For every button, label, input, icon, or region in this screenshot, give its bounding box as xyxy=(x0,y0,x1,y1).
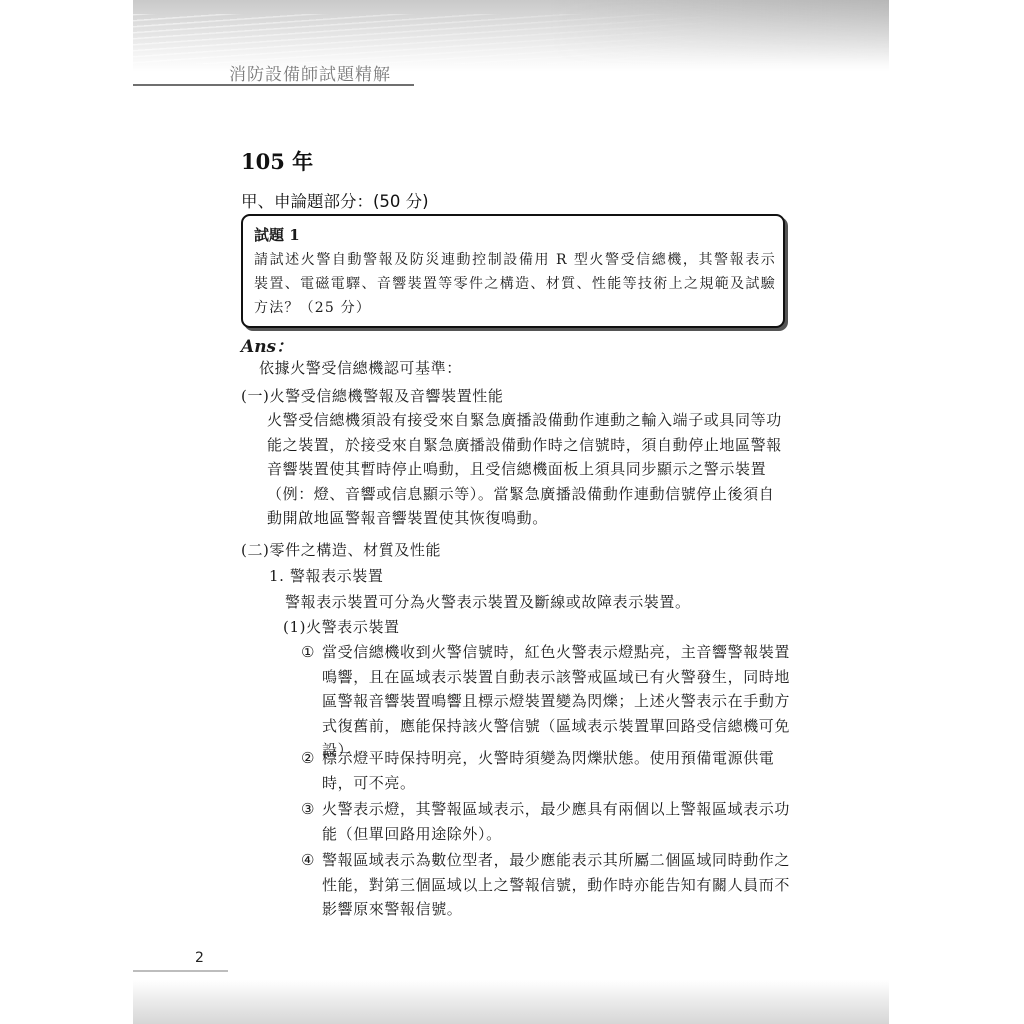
book-page: 消防設備師試題精解 105 年 甲、申論題部分：(50 分) 試題 1 請試述火… xyxy=(133,0,889,1024)
section-2-heading: (二)零件之構造、材質及性能 xyxy=(241,538,441,563)
list-item: ① 當受信總機收到火警信號時，紅色火警表示燈點亮，主音響警報裝置鳴響，且在區域表… xyxy=(301,640,801,763)
list-item: ④ 警報區域表示為數位型者，最少應能表示其所屬二個區域同時動作之性能，對第三個區… xyxy=(301,848,801,922)
footer-divider xyxy=(133,970,228,972)
question-text: 請試述火警自動警報及防災連動控制設備用 R 型火警受信總機，其警報表示裝置、電磁… xyxy=(254,248,776,320)
subsection-1-heading: 1. 警報表示裝置 xyxy=(269,564,383,589)
page-number: 2 xyxy=(195,950,204,966)
footer-decoration xyxy=(133,980,889,1024)
item-text: 標示燈平時保持明亮，火警時須變為閃爍狀態。使用預備電源供電時，可不亮。 xyxy=(301,746,801,795)
item-number: ④ xyxy=(301,848,315,873)
running-title: 消防設備師試題精解 xyxy=(229,60,391,85)
section-1-paragraph: 火警受信總機須設有接受來自緊急廣播設備動作連動之輸入端子或具同等功能之裝置，於接… xyxy=(267,408,787,531)
item-text: 當受信總機收到火警信號時，紅色火警表示燈點亮，主音響警報裝置鳴響，且在區域表示裝… xyxy=(301,640,801,763)
question-box: 試題 1 請試述火警自動警報及防災連動控制設備用 R 型火警受信總機，其警報表示… xyxy=(241,214,785,328)
item-text: 火警表示燈，其警報區域表示，最少應具有兩個以上警報區域表示功能（但單回路用途除外… xyxy=(301,797,801,846)
list-item: ③ 火警表示燈，其警報區域表示，最少應具有兩個以上警報區域表示功能（但單回路用途… xyxy=(301,797,801,846)
item-1-heading: (1)火警表示裝置 xyxy=(283,615,400,640)
section-heading: 甲、申論題部分：(50 分) xyxy=(241,188,429,212)
question-label: 試題 1 xyxy=(254,224,300,245)
item-number: ② xyxy=(301,746,315,771)
year-heading: 105 年 xyxy=(241,146,313,176)
item-text: 警報區域表示為數位型者，最少應能表示其所屬二個區域同時動作之性能，對第三個區域以… xyxy=(301,848,801,922)
answer-label: Ans： xyxy=(241,332,293,357)
list-item: ② 標示燈平時保持明亮，火警時須變為閃爍狀態。使用預備電源供電時，可不亮。 xyxy=(301,746,801,795)
section-1-heading: (一)火警受信總機警報及音響裝置性能 xyxy=(241,384,504,409)
header-divider xyxy=(133,84,414,86)
item-number: ① xyxy=(301,640,315,665)
answer-intro: 依據火警受信總機認可基準： xyxy=(259,356,462,381)
subsection-1-paragraph: 警報表示裝置可分為火警表示裝置及斷線或故障表示裝置。 xyxy=(285,590,691,615)
item-number: ③ xyxy=(301,797,315,822)
